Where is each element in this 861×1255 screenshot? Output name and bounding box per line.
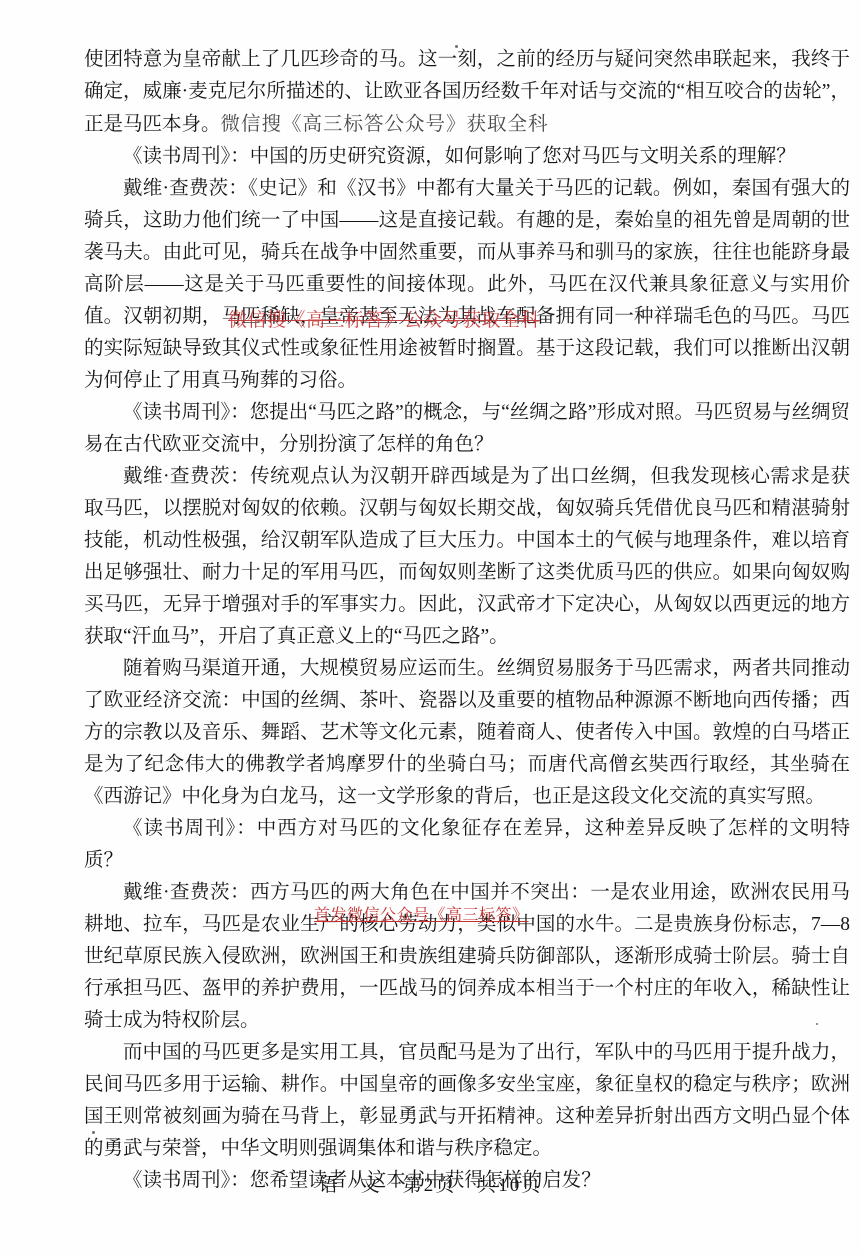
paragraph: 《读书周刊》：中西方对马匹的文化象征存在差异，这种差异反映了怎样的文明特质？ bbox=[84, 813, 850, 877]
paragraph: 使团特意为皇帝献上了几匹珍奇的马。这一刻，之前的经历与疑问突然串联起来，我终于确… bbox=[84, 44, 850, 141]
paragraph-text: 《读书周刊》：中国的历史研究资源，如何影响了您对马匹与文明关系的理解？ bbox=[123, 146, 796, 167]
page-footer: 语 文 第2页 共10页 bbox=[0, 1170, 861, 1197]
paragraph: 戴维·查费茨：西方马匹的两大角色在中国并不突出：一是农业用途，欧洲农民用马耕地、… bbox=[84, 877, 850, 1037]
scan-speck bbox=[816, 1023, 818, 1025]
paragraph-text: 《读书周刊》：您提出“马匹之路”的概念，与“丝绸之路”形成对照。马匹贸易与丝绸贸… bbox=[84, 402, 850, 455]
page-number: 语 文 第2页 共10页 bbox=[319, 1175, 543, 1196]
scan-speck bbox=[455, 45, 458, 48]
paragraph-text: 《读书周刊》：中西方对马匹的文化象征存在差异，这种差异反映了怎样的文明特质？ bbox=[84, 818, 850, 871]
paragraph: 戴维·查费茨：传统观点认为汉朝开辟西域是为了出口丝绸，但我发现核心需求是获取马匹… bbox=[84, 461, 850, 653]
reading-passage: 使团特意为皇帝献上了几匹珍奇的马。这一刻，之前的经历与疑问突然串联起来，我终于确… bbox=[84, 44, 850, 1197]
inline-ad-watermark: 微信搜《高三标答公众号》获取全科 bbox=[221, 113, 549, 135]
paragraph: 戴维·查费茨：《史记》和《汉书》中都有大量关于马匹的记载。例如，秦国有强大的骑兵… bbox=[84, 173, 850, 397]
red-ad-watermark-mid: 微信搜《高三标答》公众号获取全科 bbox=[228, 305, 540, 332]
paragraph-text: 而中国的马匹更多是实用工具，官员配马是为了出行，军队中的马匹用于提升战力，民间马… bbox=[84, 1042, 850, 1159]
paragraph-text: 戴维·查费茨：《史记》和《汉书》中都有大量关于马匹的记载。例如，秦国有强大的骑兵… bbox=[84, 178, 850, 391]
paragraph: 随着购马渠道开通，大规模贸易应运而生。丝绸贸易服务于马匹需求，两者共同推动了欧亚… bbox=[84, 653, 850, 813]
paragraph-text: 随着购马渠道开通，大规模贸易应运而生。丝绸贸易服务于马匹需求，两者共同推动了欧亚… bbox=[84, 658, 850, 807]
red-ad-watermark-lower: 首发微信公众号《高三标答》 bbox=[314, 902, 529, 925]
paragraph-text: 戴维·查费茨：传统观点认为汉朝开辟西域是为了出口丝绸，但我发现核心需求是获取马匹… bbox=[84, 466, 850, 647]
paragraph: 而中国的马匹更多是实用工具，官员配马是为了出行，军队中的马匹用于提升战力，民间马… bbox=[84, 1037, 850, 1165]
exam-page: 使团特意为皇帝献上了几匹珍奇的马。这一刻，之前的经历与疑问突然串联起来，我终于确… bbox=[0, 0, 861, 1255]
paragraph: 《读书周刊》：您提出“马匹之路”的概念，与“丝绸之路”形成对照。马匹贸易与丝绸贸… bbox=[84, 397, 850, 461]
paragraph: 《读书周刊》：中国的历史研究资源，如何影响了您对马匹与文明关系的理解？ bbox=[84, 141, 850, 173]
scan-speck bbox=[92, 1131, 95, 1134]
